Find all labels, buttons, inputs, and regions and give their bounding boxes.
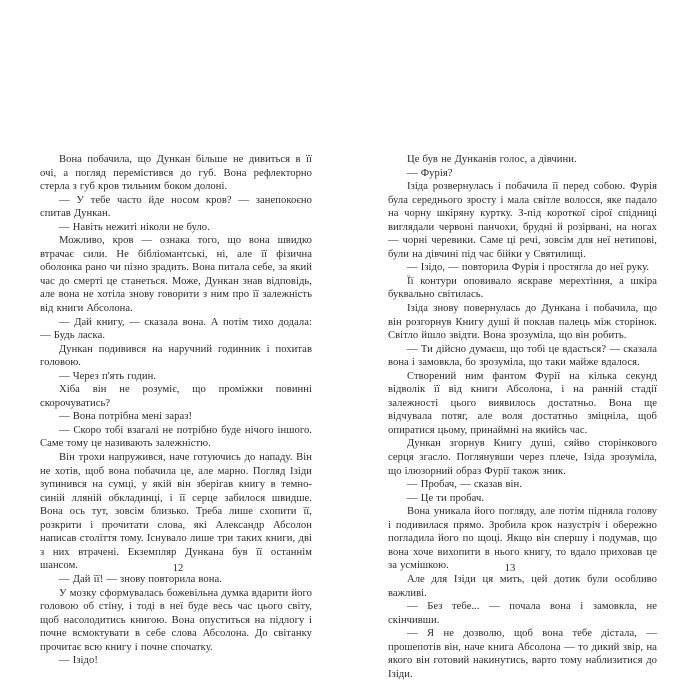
- paragraph: Ізіда знову повернулась до Дункана і поб…: [388, 302, 657, 343]
- paragraph: Можливо, кров — ознака того, що вона шви…: [40, 234, 312, 315]
- paragraph: — Це ти пробач.: [388, 492, 657, 506]
- paragraph: — Дай її! — знову повторила вона.: [40, 573, 312, 587]
- paragraph: Дункан згорнув Книгу душі, сяйво сторінк…: [388, 437, 657, 478]
- book-spread: Вона побачила, що Дункан більше не дивит…: [0, 0, 700, 700]
- paragraph: — Фурія?: [388, 167, 657, 181]
- paragraph: — Без тебе... — почала вона і замовкла, …: [388, 600, 657, 627]
- paragraph: — У тебе часто йде носом кров? — занепок…: [40, 194, 312, 221]
- paragraph: — Ізідо!: [40, 654, 312, 668]
- paragraph: — Вона потрібна мені зараз!: [40, 410, 312, 424]
- paragraph: — Ізідо, — повторила Фурія і простягла д…: [388, 261, 657, 275]
- paragraph: — Скоро тобі взагалі не потрібно буде ні…: [40, 424, 312, 451]
- paragraph: — Через п'ять годин.: [40, 370, 312, 384]
- paragraph: — Ти дійсно думаєш, що тобі це вдасться?…: [388, 343, 657, 370]
- paragraph: — Навіть нежиті ніколи не було.: [40, 221, 312, 235]
- paragraph: Її контури оповивало яскраве мерехтіння,…: [388, 275, 657, 302]
- paragraph: Але для Ізіди ця мить, цей дотик були ос…: [388, 573, 657, 600]
- paragraph: Створений ним фантом Фурії на кілька сек…: [388, 370, 657, 438]
- left-page-number: 12: [158, 563, 198, 574]
- right-page: Це був не Дунканів голос, а дівчини.— Фу…: [350, 0, 700, 700]
- paragraph: Це був не Дунканів голос, а дівчини.: [388, 153, 657, 167]
- paragraph: Дункан подивився на наручний годинник і …: [40, 343, 312, 370]
- paragraph: Ізіда розвернулась і побачила її перед с…: [388, 180, 657, 261]
- paragraph: Хіба він не розуміє, що проміжки повинні…: [40, 383, 312, 410]
- paragraph: — Дай книгу, — сказала вона. А потім тих…: [40, 316, 312, 343]
- right-page-number: 13: [490, 563, 530, 574]
- left-page-text: Вона побачила, що Дункан більше не дивит…: [40, 153, 312, 668]
- paragraph: Вона побачила, що Дункан більше не дивит…: [40, 153, 312, 194]
- paragraph: Він трохи напружився, наче готуючись до …: [40, 451, 312, 573]
- paragraph: У мозку сформувалась божевільна думка вд…: [40, 587, 312, 655]
- left-page: Вона побачила, що Дункан більше не дивит…: [0, 0, 350, 700]
- right-page-text: Це був не Дунканів голос, а дівчини.— Фу…: [388, 153, 657, 681]
- paragraph: — Пробач, — сказав він.: [388, 478, 657, 492]
- paragraph: — Я не дозволю, щоб вона тебе дістала, —…: [388, 627, 657, 681]
